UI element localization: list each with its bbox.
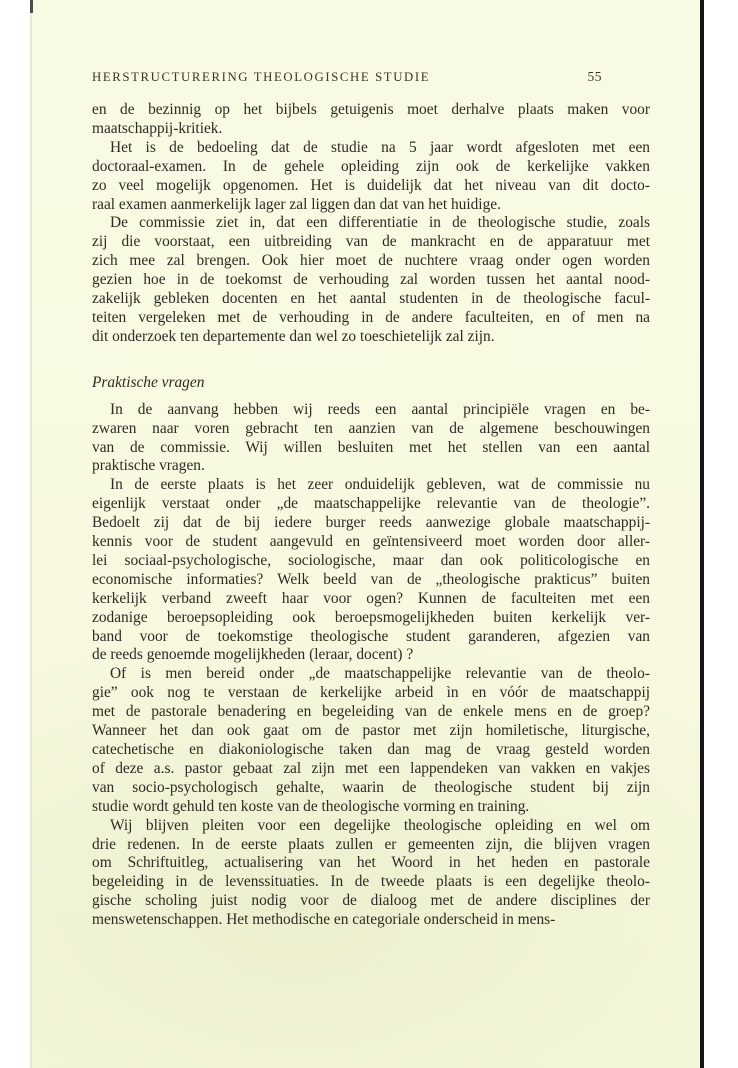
- text-line: In de eerste plaats is het zeer onduidel…: [92, 476, 650, 495]
- text-line: Wij blijven pleiten voor een degelijke t…: [92, 817, 650, 836]
- text-line: gie” ook nog te verstaan de kerkelijke a…: [92, 684, 650, 703]
- text-line: zodanige beroepsopleiding ook beroepsmog…: [92, 609, 650, 628]
- scan-edge-mark: [30, 0, 33, 13]
- page-body: en de bezinnig op het bijbels getuigenis…: [92, 101, 650, 930]
- text-line: zakelijk gebleken docenten en het aantal…: [92, 290, 650, 309]
- text-line: zij die voorstaat, een uitbreiding van d…: [92, 233, 650, 252]
- paragraph: Het is de bedoeling dat de studie na 5 j…: [92, 139, 650, 215]
- paragraph: In de aanvang hebben wij reeds een aanta…: [92, 401, 650, 477]
- paragraph: De commissie ziet in, dat een differenti…: [92, 214, 650, 346]
- text-line: gische scholing juist nodig voor de dial…: [92, 892, 650, 911]
- text-line: Of is men bereid onder „de maatschappeli…: [92, 665, 650, 684]
- text-line: of deze a.s. pastor gebaat zal zijn met …: [92, 760, 650, 779]
- text-line: van socio-psychologisch gehalte, waarin …: [92, 779, 650, 798]
- text-line: drie redenen. In de eerste plaats zullen…: [92, 836, 650, 855]
- running-header: HERSTRUCTURERING THEOLOGISCHE STUDIE 55: [92, 70, 650, 84]
- text-line: eigenlijk verstaat onder „de maatschappe…: [92, 495, 650, 514]
- text-line: en de bezinnig op het bijbels getuigenis…: [92, 101, 650, 120]
- text-line: In de aanvang hebben wij reeds een aanta…: [92, 401, 650, 420]
- paragraph: Wij blijven pleiten voor een degelijke t…: [92, 817, 650, 930]
- scanned-book-page: HERSTRUCTURERING THEOLOGISCHE STUDIE 55 …: [0, 0, 738, 1068]
- text-line: doctoraal-examen. In de gehele opleiding…: [92, 158, 650, 177]
- text-line: van de commissie. Wij willen besluiten m…: [92, 439, 650, 458]
- text-line: teiten vergeleken met de verhouding in d…: [92, 309, 650, 328]
- text-line: menswetenschappen. Het methodische en ca…: [92, 911, 650, 930]
- text-line: studie wordt gehuld ten koste van de the…: [92, 798, 650, 817]
- text-line: gezien hoe in de toekomst de verhouding …: [92, 271, 650, 290]
- text-line: band voor de toekomstige theologische st…: [92, 628, 650, 647]
- text-line: catechetische en diakoniologische taken …: [92, 741, 650, 760]
- text-block: HERSTRUCTURERING THEOLOGISCHE STUDIE 55 …: [92, 70, 650, 930]
- paragraph: en de bezinnig op het bijbels getuigenis…: [92, 101, 650, 139]
- text-line: zich mee zal brengen. Ook hier moet de n…: [92, 252, 650, 271]
- text-line: met de pastorale benadering en begeleidi…: [92, 703, 650, 722]
- text-line: Het is de bedoeling dat de studie na 5 j…: [92, 139, 650, 158]
- text-line: Wanneer het dan ook gaat om de pastor me…: [92, 722, 650, 741]
- text-line: maatschappij-kritiek.: [92, 120, 650, 139]
- running-header-title: HERSTRUCTURERING THEOLOGISCHE STUDIE: [92, 70, 430, 84]
- paragraph: In de eerste plaats is het zeer onduidel…: [92, 476, 650, 665]
- text-line: kerkelijk verband zweeft haar voor ogen?…: [92, 590, 650, 609]
- text-line: De commissie ziet in, dat een differenti…: [92, 214, 650, 233]
- text-line: zwaren naar voren gebracht ten aanzien v…: [92, 420, 650, 439]
- text-line: de reeds genoemde mogelijkheden (leraar,…: [92, 646, 650, 665]
- section-heading: Praktische vragen: [92, 374, 650, 393]
- text-line: begeleiding in de levenssituaties. In de…: [92, 873, 650, 892]
- page-number: 55: [588, 70, 651, 84]
- text-line: zo veel mogelijk opgenomen. Het is duide…: [92, 177, 650, 196]
- text-line: om Schriftuitleg, actualisering van het …: [92, 854, 650, 873]
- text-line: praktische vragen.: [92, 457, 650, 476]
- text-line: Bedoelt zij dat de bij iedere burger ree…: [92, 514, 650, 533]
- text-line: economische informaties? Welk beeld van …: [92, 571, 650, 590]
- text-line: raal examen aanmerkelijk lager zal ligge…: [92, 196, 650, 215]
- paragraph: Of is men bereid onder „de maatschappeli…: [92, 665, 650, 816]
- text-line: lei sociaal-psychologische, sociologisch…: [92, 552, 650, 571]
- text-line: kennis voor de student aangevuld en geïn…: [92, 533, 650, 552]
- text-line: dit onderzoek ten departemente dan wel z…: [92, 328, 650, 347]
